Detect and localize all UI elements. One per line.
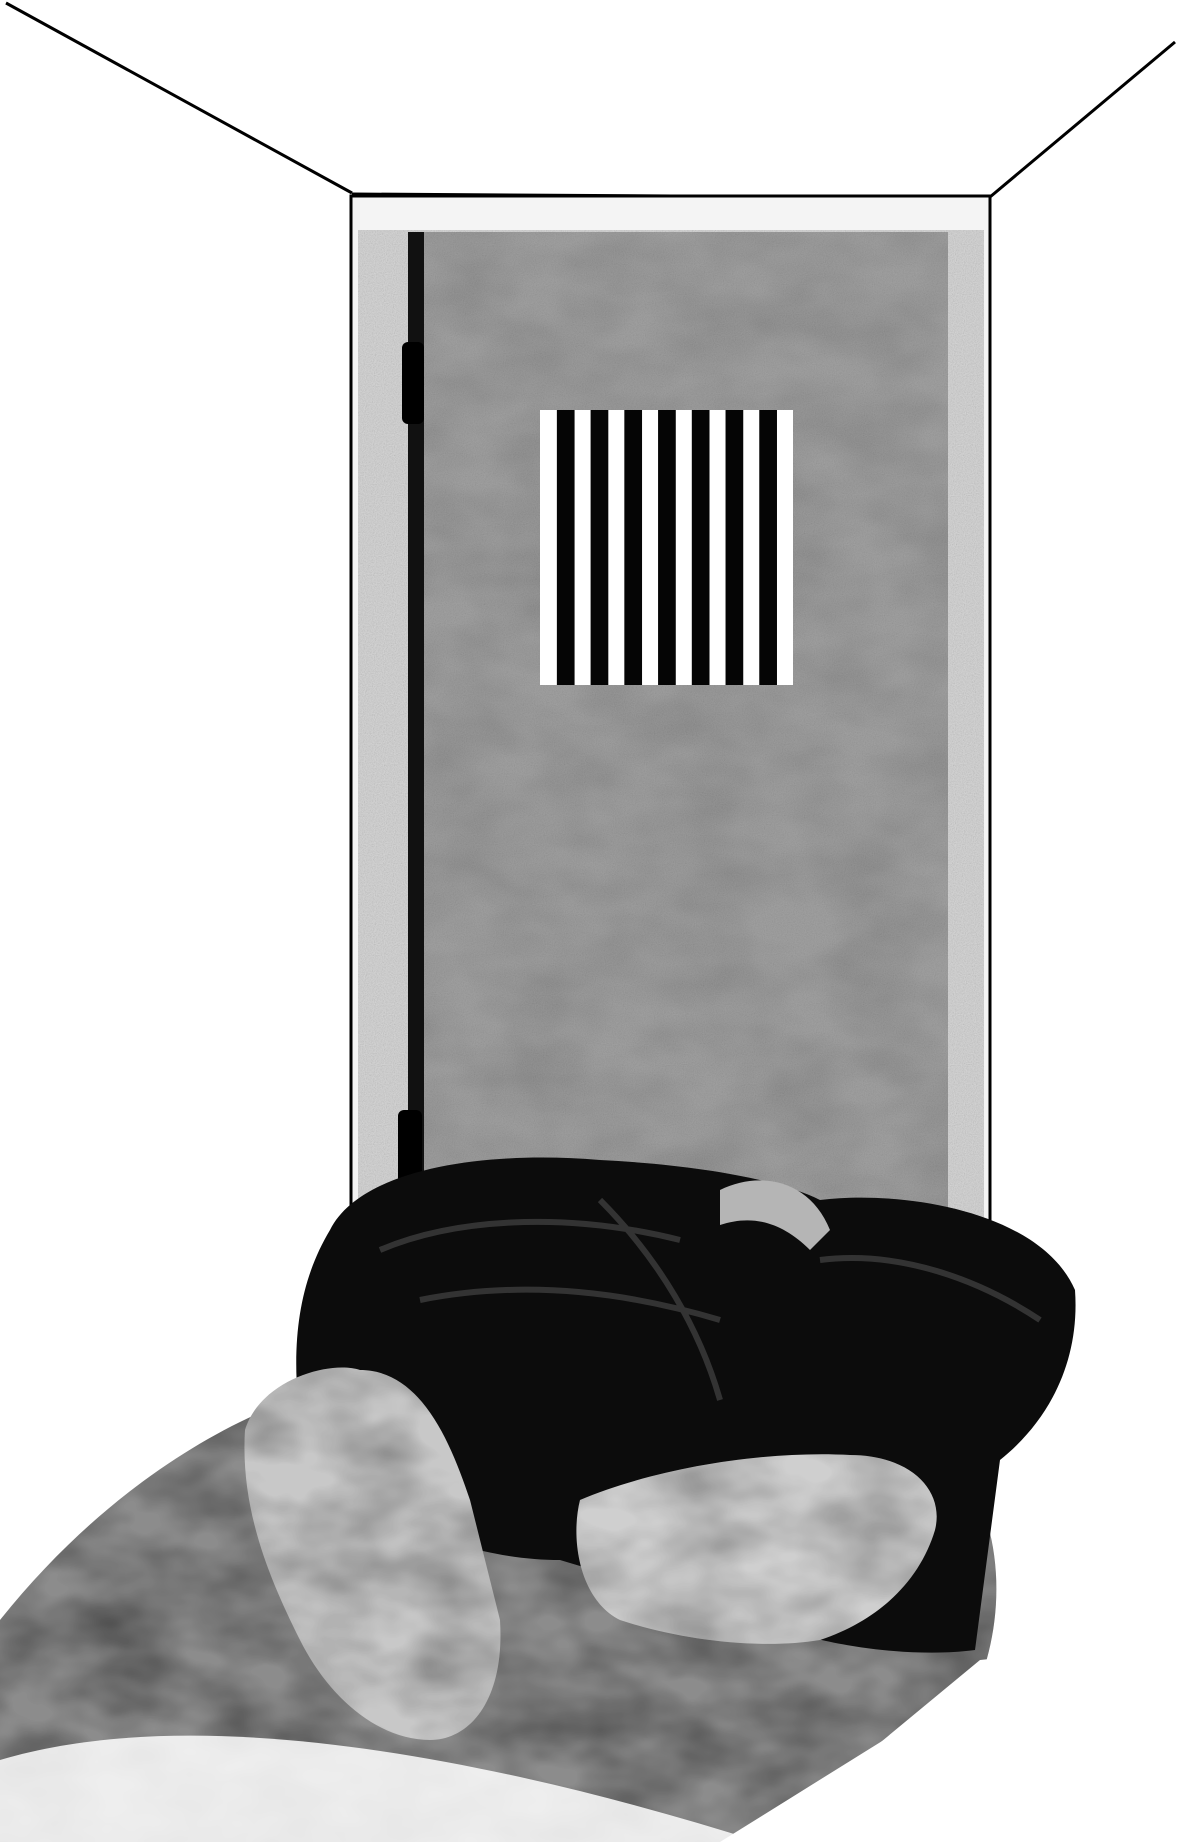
window-bar	[624, 410, 642, 685]
window-bar	[658, 410, 676, 685]
window-bar	[759, 410, 777, 685]
window-bar	[726, 410, 744, 685]
room-perspective-lines	[6, 3, 1175, 198]
cell-illustration	[0, 0, 1179, 1842]
window-bar	[692, 410, 710, 685]
window-bar	[557, 410, 575, 685]
window-bar	[591, 410, 609, 685]
barred-window	[540, 410, 793, 685]
cell-door	[408, 232, 948, 1262]
upper-hinge	[402, 342, 424, 424]
